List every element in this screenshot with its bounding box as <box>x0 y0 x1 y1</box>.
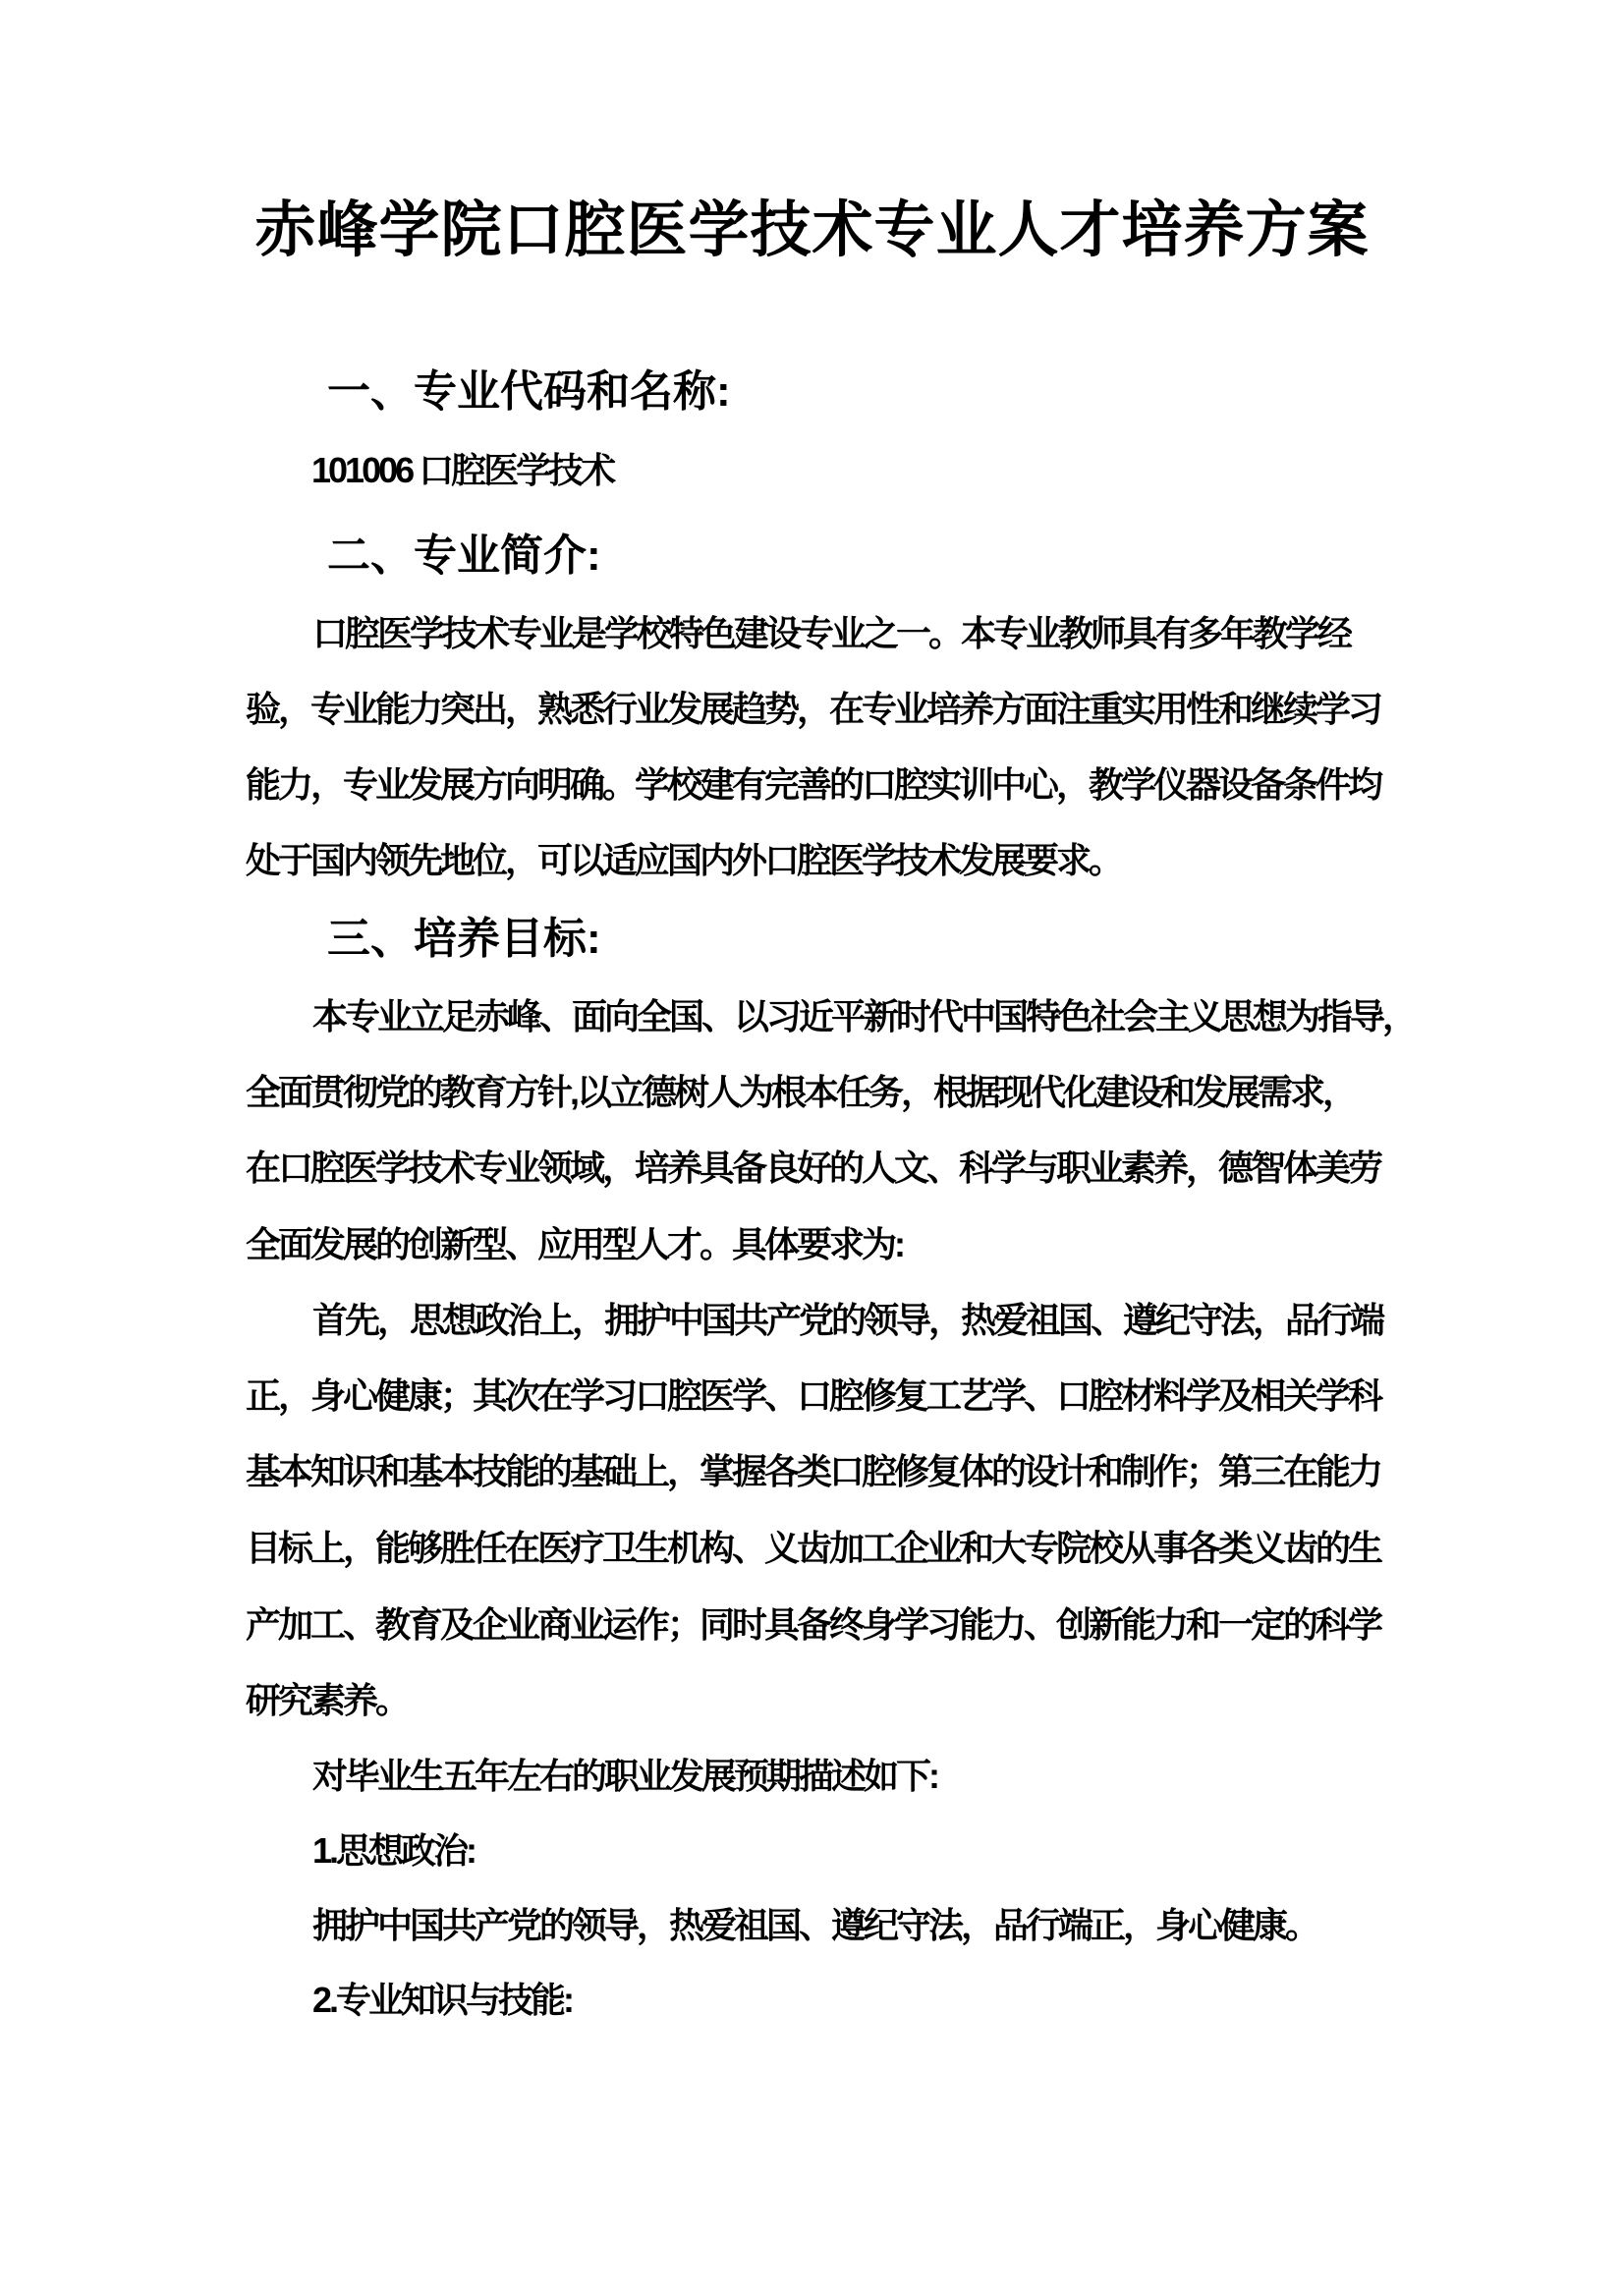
document-page: 赤峰学院口腔医学技术专业人才培养方案 一、专业代码和名称: 101006 口腔医… <box>0 0 1624 2296</box>
goal-line: 首先，思想政治上，拥护中国共产党的领导，热爱祖国、遵纪守法，品行端 <box>312 1303 1382 1338</box>
section-heading-intro: 二、专业简介: <box>327 534 601 578</box>
goal-line: 产加工、教育及企业商业运作；同时具备终身学习能力、创新能力和一定的科学 <box>246 1607 1380 1643</box>
expectation-heading: 对毕业生五年左右的职业发展预期描述如下: <box>312 1759 937 1794</box>
goal-line: 研究素养。 <box>246 1683 408 1718</box>
goal-line: 本专业立足赤峰、面向全国、以习近平新时代中国特色社会主义思想为指导， <box>312 999 1415 1035</box>
intro-line: 口腔医学技术专业是学校特色建设专业之一。本专业教师具有多年教学经 <box>312 616 1350 651</box>
political-line: 拥护中国共产党的领导，热爱祖国、遵纪守法，品行端正，身心健康。 <box>312 1908 1317 1943</box>
intro-line: 处于国内领先地位，可以适应国内外口腔医学技术发展要求。 <box>246 843 1121 878</box>
goal-line: 基本知识和基本技能的基础上，掌握各类口腔修复体的设计和制作；第三在能力 <box>246 1454 1380 1489</box>
code-value-line: 101006 口腔医学技术 <box>311 453 613 488</box>
goal-line: 全面贯彻党的教育方针,以立德树人为根本任务，根据现代化建设和发展需求， <box>246 1075 1355 1110</box>
goal-line: 正，身心健康；其次在学习口腔医学、口腔修复工艺学、口腔材料学及相关学科 <box>246 1378 1380 1414</box>
goal-line: 目标上，能够胜任在医疗卫生机构、义齿加工企业和大专院校从事各类义齿的生 <box>246 1531 1380 1566</box>
goal-line: 全面发展的创新型、应用型人才。具体要求为: <box>246 1227 903 1262</box>
intro-line: 验，专业能力突出，熟悉行业发展趋势，在专业培养方面注重实用性和继续学习 <box>246 692 1380 727</box>
item-heading-political: 1.思想政治: <box>312 1833 475 1869</box>
section-heading-code: 一、专业代码和名称: <box>327 370 731 414</box>
item-heading-knowledge: 2.专业知识与技能: <box>312 1983 572 2018</box>
section-heading-goal: 三、培养目标: <box>327 918 601 961</box>
goal-line: 在口腔医学技术专业领域，培养具备良好的人文、科学与职业素养，德智体美劳 <box>246 1150 1380 1186</box>
intro-line: 能力，专业发展方向明确。学校建有完善的口腔实训中心，教学仪器设备条件均 <box>246 767 1380 803</box>
document-title: 赤峰学院口腔医学技术专业人才培养方案 <box>0 200 1624 261</box>
